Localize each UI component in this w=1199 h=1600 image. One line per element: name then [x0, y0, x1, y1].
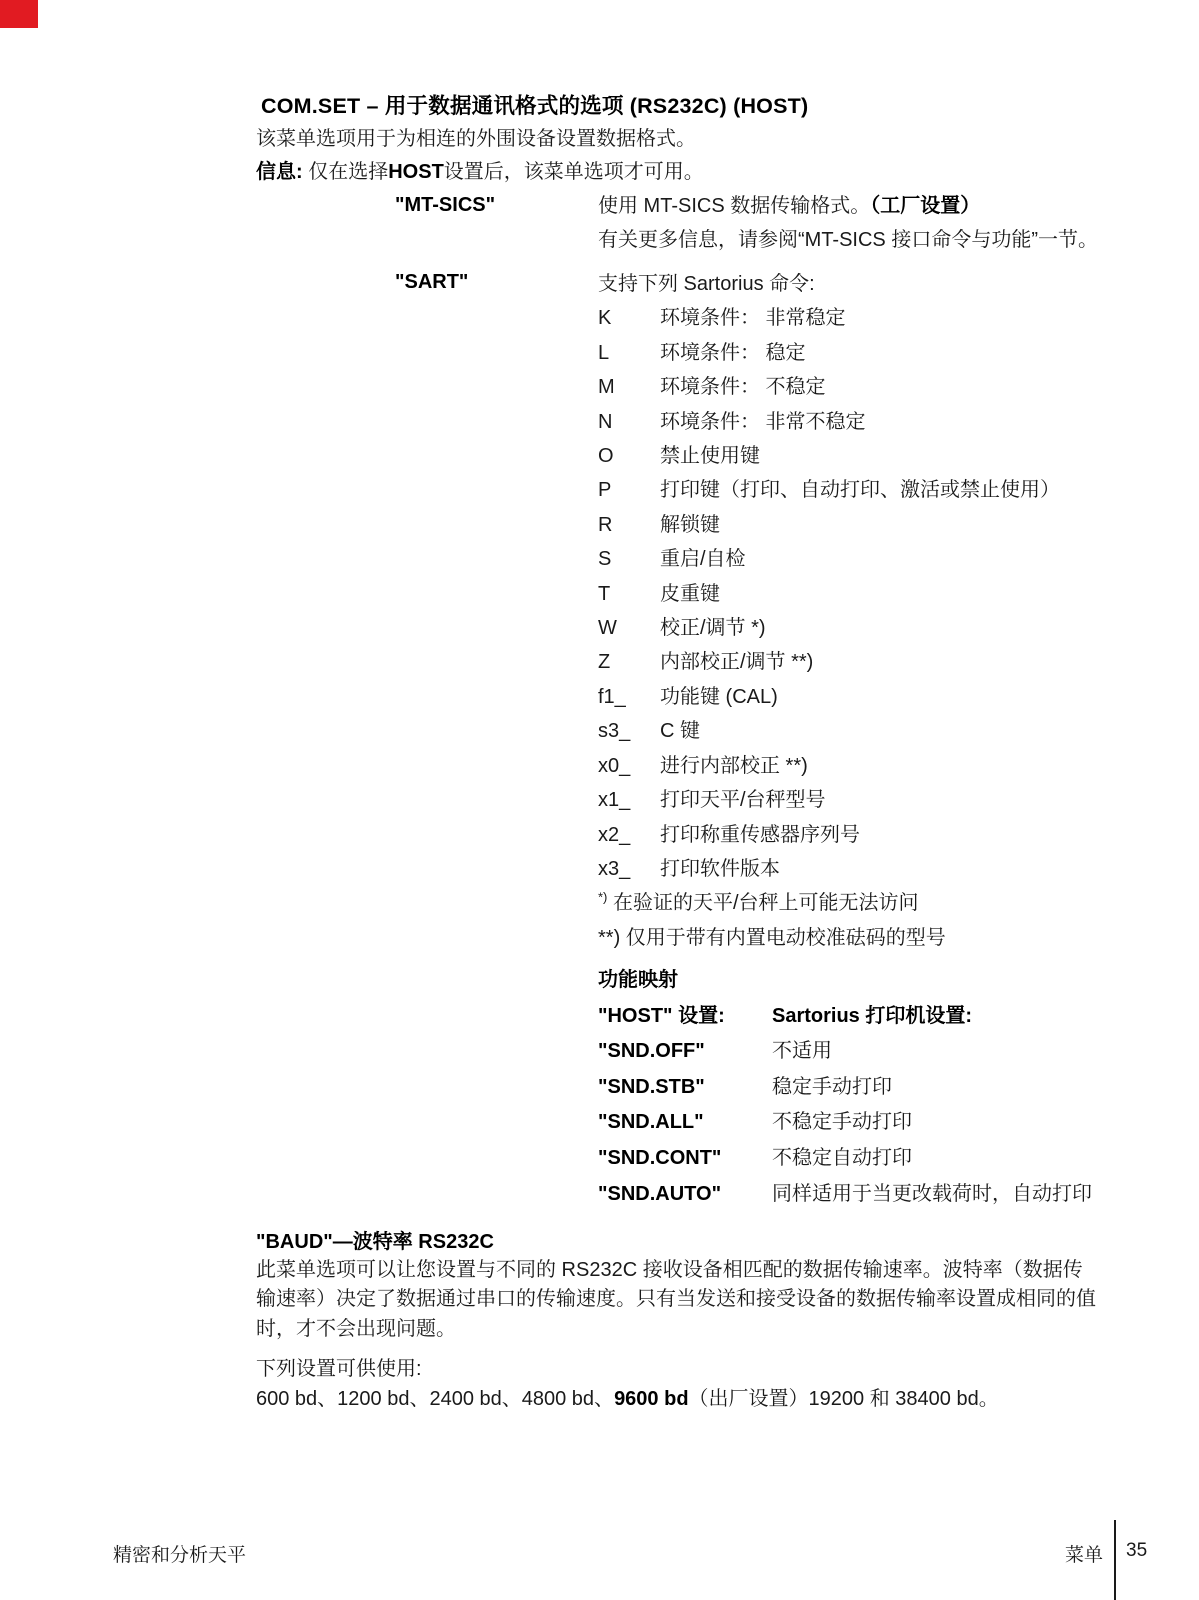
mapping-setting: "SND.OFF" [598, 1034, 772, 1070]
sart-label: "SART" [395, 271, 468, 294]
command-row: x0_进行内部校正 **) [598, 749, 1060, 783]
command-code: W [598, 611, 660, 645]
baud-available-label: 下列设置可供使用: [256, 1352, 422, 1381]
command-row: W校正/调节 *) [598, 611, 1060, 645]
page-title: COM.SET – 用于数据通讯格式的选项 (RS232C) (HOST) [261, 89, 808, 120]
baud-heading: "BAUD"—波特率 RS232C [256, 1225, 494, 1254]
factory-setting-label: （工厂设置） [870, 195, 980, 217]
command-row: O禁止使用键 [598, 439, 1060, 473]
command-row: Z内部校正/调节 **) [598, 645, 1060, 679]
command-code: M [598, 370, 660, 404]
command-row: N环境条件： 非常不稳定 [598, 405, 1060, 439]
mtsics-line1: 使用 MT-SICS 数据传输格式。（工厂设置） [598, 190, 1098, 224]
command-code: s3_ [598, 714, 660, 748]
command-desc: 功能键 (CAL) [660, 680, 778, 714]
mtsics-label: "MT-SICS" [395, 194, 495, 217]
footnote-mark: *) [598, 890, 607, 905]
command-code: T [598, 577, 660, 611]
command-row: x2_打印称重传感器序列号 [598, 818, 1060, 852]
command-desc: 解锁键 [660, 508, 720, 542]
command-desc: 皮重键 [660, 577, 720, 611]
command-desc: 打印软件版本 [660, 852, 780, 886]
note-text: 信息: 仅在选择HOST设置后，该菜单选项才可用。 [256, 155, 704, 184]
footer-section-label: 菜单 [1030, 1540, 1103, 1567]
note-label: 信息: [256, 161, 303, 183]
command-desc: 环境条件： 非常稳定 [660, 301, 846, 335]
command-desc: 禁止使用键 [660, 439, 760, 473]
footnote-single-star: *) 在验证的天平/台秤上可能无法访问 [598, 886, 1060, 920]
command-desc: 打印称重传感器序列号 [660, 818, 860, 852]
command-row: S重启/自检 [598, 542, 1060, 576]
sart-heading: 支持下列 Sartorius 命令: [598, 267, 1060, 301]
mtsics-description: 使用 MT-SICS 数据传输格式。（工厂设置） 有关更多信息，请参阅“MT-S… [598, 190, 1098, 257]
command-row: M环境条件： 不稳定 [598, 370, 1060, 404]
function-mapping-title: 功能映射 [598, 963, 1092, 999]
mapping-row: "SND.OFF"不适用 [598, 1034, 1092, 1070]
mapping-col2-header: Sartorius 打印机设置: [772, 999, 972, 1035]
command-row: f1_功能键 (CAL) [598, 680, 1060, 714]
mapping-setting: "SND.CONT" [598, 1141, 772, 1177]
command-desc: 重启/自检 [660, 542, 746, 576]
command-desc: C 键 [660, 714, 700, 748]
command-row: K环境条件： 非常稳定 [598, 301, 1060, 335]
command-code: O [598, 439, 660, 473]
command-code: R [598, 508, 660, 542]
command-desc: 校正/调节 *) [660, 611, 766, 645]
mapping-desc: 同样适用于当更改载荷时，自动打印 [772, 1177, 1092, 1213]
command-desc: 环境条件： 非常不稳定 [660, 405, 866, 439]
command-row: L环境条件： 稳定 [598, 336, 1060, 370]
mapping-setting: "SND.AUTO" [598, 1177, 772, 1213]
footnote-double-star: **) 仅用于带有内置电动校准砝码的型号 [598, 921, 1060, 955]
command-code: K [598, 301, 660, 335]
command-row: s3_C 键 [598, 714, 1060, 748]
command-code: x3_ [598, 852, 660, 886]
command-desc: 进行内部校正 **) [660, 749, 808, 783]
command-row: T皮重键 [598, 577, 1060, 611]
baud-values: 600 bd、1200 bd、2400 bd、4800 bd、9600 bd（出… [256, 1382, 999, 1411]
mapping-col1-header: "HOST" 设置: [598, 999, 772, 1035]
command-row: R解锁键 [598, 508, 1060, 542]
command-code: L [598, 336, 660, 370]
command-row: x1_打印天平/台秤型号 [598, 783, 1060, 817]
red-corner-marker [0, 0, 38, 28]
footer-page-number: 35 [1126, 1540, 1147, 1562]
sart-commands-list: 支持下列 Sartorius 命令: K环境条件： 非常稳定 L环境条件： 稳定… [598, 267, 1060, 955]
command-code: Z [598, 645, 660, 679]
mapping-row: "SND.AUTO"同样适用于当更改载荷时，自动打印 [598, 1177, 1092, 1213]
command-code: P [598, 473, 660, 507]
command-desc: 打印天平/台秤型号 [660, 783, 826, 817]
mapping-row: "SND.CONT"不稳定自动打印 [598, 1141, 1092, 1177]
command-code: f1_ [598, 680, 660, 714]
mapping-desc: 不稳定自动打印 [772, 1141, 912, 1177]
mapping-setting: "SND.ALL" [598, 1105, 772, 1141]
mapping-desc: 不稳定手动打印 [772, 1105, 912, 1141]
mapping-setting: "SND.STB" [598, 1070, 772, 1106]
command-code: S [598, 542, 660, 576]
command-desc: 环境条件： 不稳定 [660, 370, 826, 404]
command-code: x2_ [598, 818, 660, 852]
command-code: x1_ [598, 783, 660, 817]
mapping-header-row: "HOST" 设置:Sartorius 打印机设置: [598, 999, 1092, 1035]
footer-divider [1114, 1520, 1116, 1600]
command-desc: 环境条件： 稳定 [660, 336, 806, 370]
baud-description: 此菜单选项可以让您设置与不同的 RS232C 接收设备相匹配的数据传输速率。波特… [256, 1256, 1102, 1344]
command-desc: 内部校正/调节 **) [660, 645, 813, 679]
mapping-desc: 不适用 [772, 1034, 832, 1070]
note-host-keyword: HOST [388, 161, 444, 183]
mtsics-line2: 有关更多信息，请参阅“MT-SICS 接口命令与功能”一节。 [598, 224, 1098, 258]
baud-default-value: 9600 bd [614, 1388, 688, 1410]
command-code: N [598, 405, 660, 439]
command-row: P打印键（打印、自动打印、激活或禁止使用） [598, 473, 1060, 507]
mapping-row: "SND.ALL"不稳定手动打印 [598, 1105, 1092, 1141]
mapping-desc: 稳定手动打印 [772, 1070, 892, 1106]
document-page: COM.SET – 用于数据通讯格式的选项 (RS232C) (HOST) 该菜… [0, 0, 1199, 1600]
command-code: x0_ [598, 749, 660, 783]
command-desc: 打印键（打印、自动打印、激活或禁止使用） [660, 473, 1060, 507]
command-row: x3_打印软件版本 [598, 852, 1060, 886]
mapping-row: "SND.STB"稳定手动打印 [598, 1070, 1092, 1106]
footer-product-name: 精密和分析天平 [113, 1540, 246, 1567]
intro-text: 该菜单选项用于为相连的外围设备设置数据格式。 [256, 122, 696, 151]
function-mapping: 功能映射 "HOST" 设置:Sartorius 打印机设置: "SND.OFF… [598, 963, 1092, 1212]
